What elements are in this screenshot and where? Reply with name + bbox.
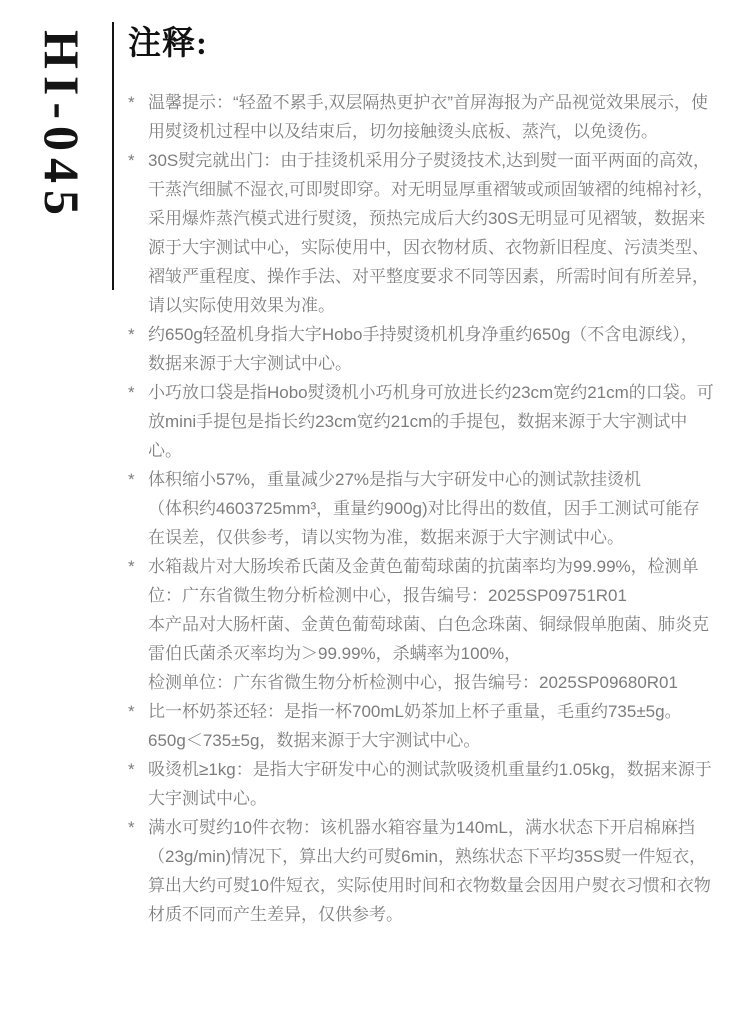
note-item-warm-tip: * 温馨提示：“轻盈不累手,双层隔热更护衣”首屏海报为产品视觉效果展示，使用熨烫… <box>128 88 714 146</box>
note-text: 温馨提示：“轻盈不累手,双层隔热更护衣”首屏海报为产品视觉效果展示，使用熨烫机过… <box>148 93 708 141</box>
vertical-divider <box>112 22 114 290</box>
note-item-volume-weight-reduction: * 体积缩小57%，重量减少27%是指与大宇研发中心的测试款挂烫机 （体积约46… <box>128 465 714 552</box>
note-bullet: * <box>128 378 148 407</box>
note-text: 30S熨完就出门：由于挂烫机采用分子熨烫技术,达到熨一面平两面的高效，干蒸汽细腻… <box>148 151 714 315</box>
note-bullet: * <box>128 697 148 726</box>
note-item-lighter-than-milk-tea: * 比一杯奶茶还轻：是指一杯700mL奶茶加上杯子重量，毛重约735±5g。65… <box>128 697 714 755</box>
note-text: 约650g轻盈机身指大宇Hobo手持熨烫机机身净重约650g（不含电源线），数据… <box>148 325 698 373</box>
note-text: 满水可熨约10件衣物：该机器水箱容量为140mL，满水状态下开启棉麻挡（23g/… <box>148 818 711 924</box>
note-bullet: * <box>128 552 148 581</box>
note-item-antibacterial: * 水箱裁片对大肠埃希氏菌及金黄色葡萄球菌的抗菌率均为99.99%，检测单位：广… <box>128 552 714 697</box>
note-bullet: * <box>128 465 148 494</box>
note-bullet: * <box>128 88 148 117</box>
note-text: 比一杯奶茶还轻：是指一杯700mL奶茶加上杯子重量，毛重约735±5g。650g… <box>148 702 682 750</box>
notes-content: 注释: * 温馨提示：“轻盈不累手,双层隔热更护衣”首屏海报为产品视觉效果展示，… <box>128 24 716 929</box>
note-bullet: * <box>128 146 148 175</box>
note-bullet: * <box>128 755 148 784</box>
note-item-full-tank-capacity: * 满水可熨约10件衣物：该机器水箱容量为140mL，满水状态下开启棉麻挡（23… <box>128 813 714 929</box>
note-text: 小巧放口袋是指Hobo熨烫机小巧机身可放进长约23cm宽约21cm的口袋。可放m… <box>148 383 714 460</box>
model-code-column: HI-045 <box>0 0 112 300</box>
notes-list: * 温馨提示：“轻盈不累手,双层隔热更护衣”首屏海报为产品视觉效果展示，使用熨烫… <box>128 88 714 929</box>
note-item-vacuum-iron-weight: * 吸烫机≥1kg：是指大宇研发中心的测试款吸烫机重量约1.05kg，数据来源于… <box>128 755 714 813</box>
product-notes-page: HI-045 注释: * 温馨提示：“轻盈不累手,双层隔热更护衣”首屏海报为产品… <box>0 0 750 1035</box>
note-text: 体积缩小57%，重量减少27%是指与大宇研发中心的测试款挂烫机 （体积约4603… <box>148 470 700 547</box>
note-item-pocket-size: * 小巧放口袋是指Hobo熨烫机小巧机身可放进长约23cm宽约21cm的口袋。可… <box>128 378 714 465</box>
model-code-vertical-text: HI-045 <box>34 30 89 280</box>
note-bullet: * <box>128 320 148 349</box>
note-item-30s-ironing: * 30S熨完就出门：由于挂烫机采用分子熨烫技术,达到熨一面平两面的高效，干蒸汽… <box>128 146 714 320</box>
note-bullet: * <box>128 813 148 842</box>
note-item-650g-body: * 约650g轻盈机身指大宇Hobo手持熨烫机机身净重约650g（不含电源线），… <box>128 320 714 378</box>
note-text: 水箱裁片对大肠埃希氏菌及金黄色葡萄球菌的抗菌率均为99.99%，检测单位：广东省… <box>148 557 709 692</box>
note-text: 吸烫机≥1kg：是指大宇研发中心的测试款吸烫机重量约1.05kg，数据来源于大宇… <box>148 760 712 808</box>
notes-heading: 注释: <box>128 24 716 64</box>
